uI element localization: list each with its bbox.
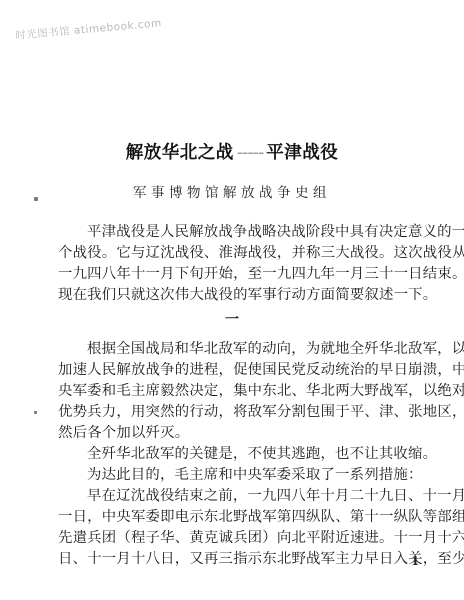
text-line: 日、十一月十八日，又再三指示东北野战军主力早日入关，至少以 [58,549,428,570]
chapter-title-sub: 平津战役 [266,143,338,163]
intro-paragraph: 平津战役是人民解放战争战略决战阶段中具有决定意义的一 个战役。它与辽沈战役、淮海… [58,222,428,306]
text-line: 然后各个加以歼灭。 [58,423,428,444]
text-line: 早在辽沈战役结束之前，一九四八年十月二十九日、十一月 [58,486,428,507]
text-line: 央军委和毛主席毅然决定，集中东北、华北两大野战军，以绝对 [58,381,428,402]
section-number: 一 [0,309,464,329]
text-line: 平津战役是人民解放战争战略决战阶段中具有决定意义的一 [58,222,428,243]
text-line: 加速人民解放战争的进程，促使国民党反动统治的早日崩溃，中 [58,360,428,381]
text-line: 为达此目的，毛主席和中央军委采取了一系列措施： [58,465,428,486]
section-one-body: 根据全国战局和华北敌军的动向，为就地全歼华北敌军，以 加速人民解放战争的进程，促… [58,339,428,570]
text-line: 优势兵力，用突然的行动，将敌军分割包围于平、津、张地区， [58,402,428,423]
text-line: 一日，中央军委即电示东北野战军第四纵队、第十一纵队等部组成 [58,507,428,528]
text-line: 根据全国战局和华北敌军的动向，为就地全歼华北敌军，以 [58,339,428,360]
text-line: 一九四八年十一月下旬开始，至一九四九年一月三十一日结束。 [58,264,428,285]
page-number: 1 [411,554,419,568]
title-dash: ----- [237,143,264,163]
text-line: 现在我们只就这次伟大战役的军事行动方面简要叙述一下。 [58,285,428,306]
text-line: 全歼华北敌军的关键是，不使其逃跑，也不让其收缩。 [58,444,428,465]
chapter-title: 解放华北之战-----平津战役 [0,139,464,164]
text-line: 个战役。它与辽沈战役、淮海战役，并称三大战役。这次战役从 [58,243,428,264]
text-line: 先遣兵团（程子华、黄克诚兵团）向北平附近速进。十一月十六 [58,528,428,549]
author-byline: 军事博物馆解放战争史组 [0,181,464,201]
watermark: 时光图书馆 atimebook.com [15,15,163,43]
chapter-title-main: 解放华北之战 [126,143,234,163]
margin-speck [34,411,37,414]
